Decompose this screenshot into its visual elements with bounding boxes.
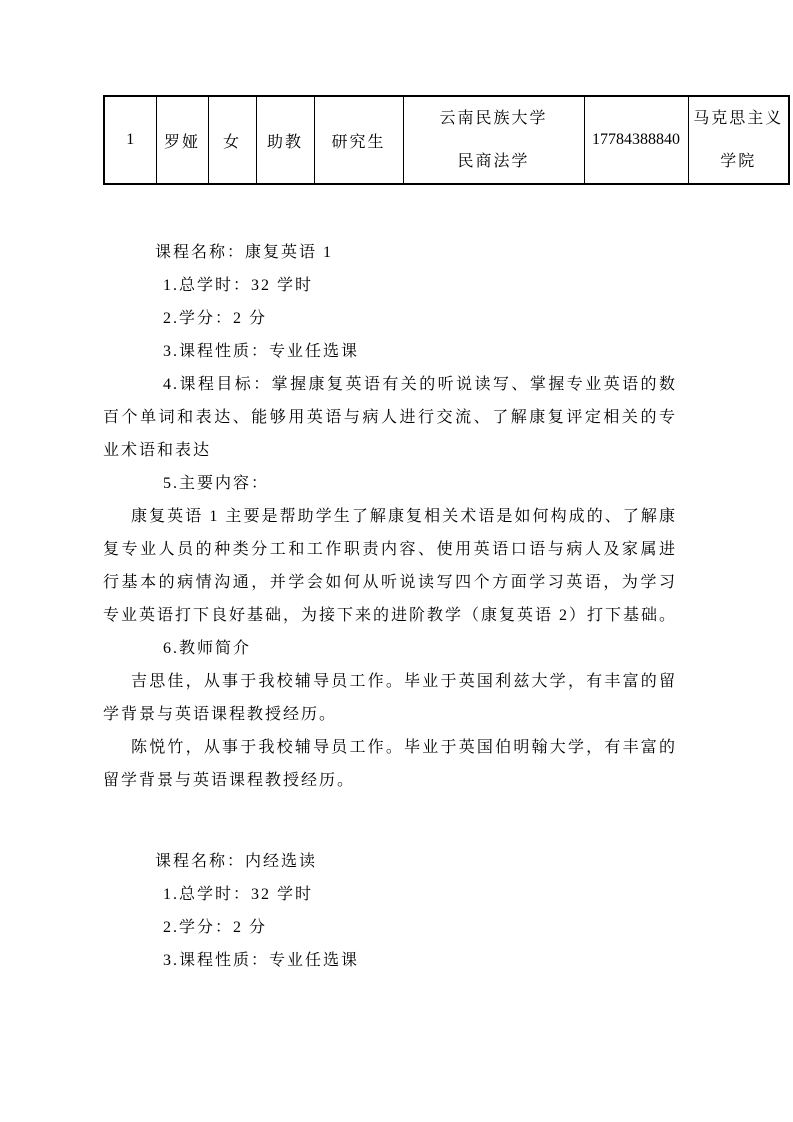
table-row: 1 罗娅 女 助教 研究生 云南民族大学 民商法学 17784388840: [104, 96, 789, 184]
course1-hours-line: 1.总学时：32 学时: [103, 269, 677, 302]
document-body: 课程名称：康复英语 1 1.总学时：32 学时 2.学分：2 分 3.课程性质：…: [103, 236, 677, 977]
title: 助教: [257, 129, 314, 152]
course2-nature-line: 3.课程性质：专业任选课: [103, 944, 677, 977]
phone-cell: 17784388840: [584, 96, 688, 184]
serial-number-cell: 1: [104, 96, 156, 184]
course1-teacher-label: 6.教师简介: [103, 632, 677, 665]
course1-section: 课程名称：康复英语 1 1.总学时：32 学时 2.学分：2 分 3.课程性质：…: [103, 236, 677, 797]
course2-credit-line: 2.学分：2 分: [103, 911, 677, 944]
teacher-name: 罗娅: [157, 129, 208, 152]
course1-teacher2-para: 陈悦竹，从事于我校辅导员工作。毕业于英国伯明翰大学，有丰富的留学背景与英语课程教…: [103, 731, 677, 797]
course2-section: 课程名称：内经选读 1.总学时：32 学时 2.学分：2 分 3.课程性质：专业…: [103, 845, 677, 977]
department-line-2: 学院: [689, 140, 789, 183]
gender-cell: 女: [208, 96, 256, 184]
course1-credit-line: 2.学分：2 分: [103, 302, 677, 335]
course2-name-line: 课程名称：内经选读: [103, 845, 677, 878]
course1-objective-para: 4.课程目标：掌握康复英语有关的听说读写、掌握专业英语的数百个单词和表达、能够用…: [103, 368, 677, 467]
serial-number: 1: [105, 131, 156, 149]
course1-content-label: 5.主要内容：: [103, 467, 677, 500]
course1-nature-line: 3.课程性质：专业任选课: [103, 335, 677, 368]
major: 民商法学: [404, 140, 584, 183]
teacher-name-cell: 罗娅: [156, 96, 208, 184]
course1-name-line: 课程名称：康复英语 1: [103, 236, 677, 269]
gender: 女: [209, 129, 256, 152]
education: 研究生: [315, 129, 403, 152]
school: 云南民族大学: [404, 97, 584, 140]
school-major-cell: 云南民族大学 民商法学: [403, 96, 584, 184]
course2-hours-line: 1.总学时：32 学时: [103, 878, 677, 911]
teacher-info-table: 1 罗娅 女 助教 研究生 云南民族大学 民商法学 17784388840: [103, 95, 790, 185]
course1-teacher1-para: 吉思佳，从事于我校辅导员工作。毕业于英国利兹大学，有丰富的留学背景与英语课程教授…: [103, 665, 677, 731]
phone-number: 17784388840: [585, 131, 688, 149]
education-cell: 研究生: [314, 96, 403, 184]
course1-content-para: 康复英语 1 主要是帮助学生了解康复相关术语是如何构成的、了解康复专业人员的种类…: [103, 500, 677, 632]
document-page: 1 罗娅 女 助教 研究生 云南民族大学 民商法学 17784388840: [0, 0, 793, 1122]
department-cell: 马克思主义 学院: [688, 96, 789, 184]
title-cell: 助教: [256, 96, 314, 184]
department-line-1: 马克思主义: [689, 97, 789, 140]
